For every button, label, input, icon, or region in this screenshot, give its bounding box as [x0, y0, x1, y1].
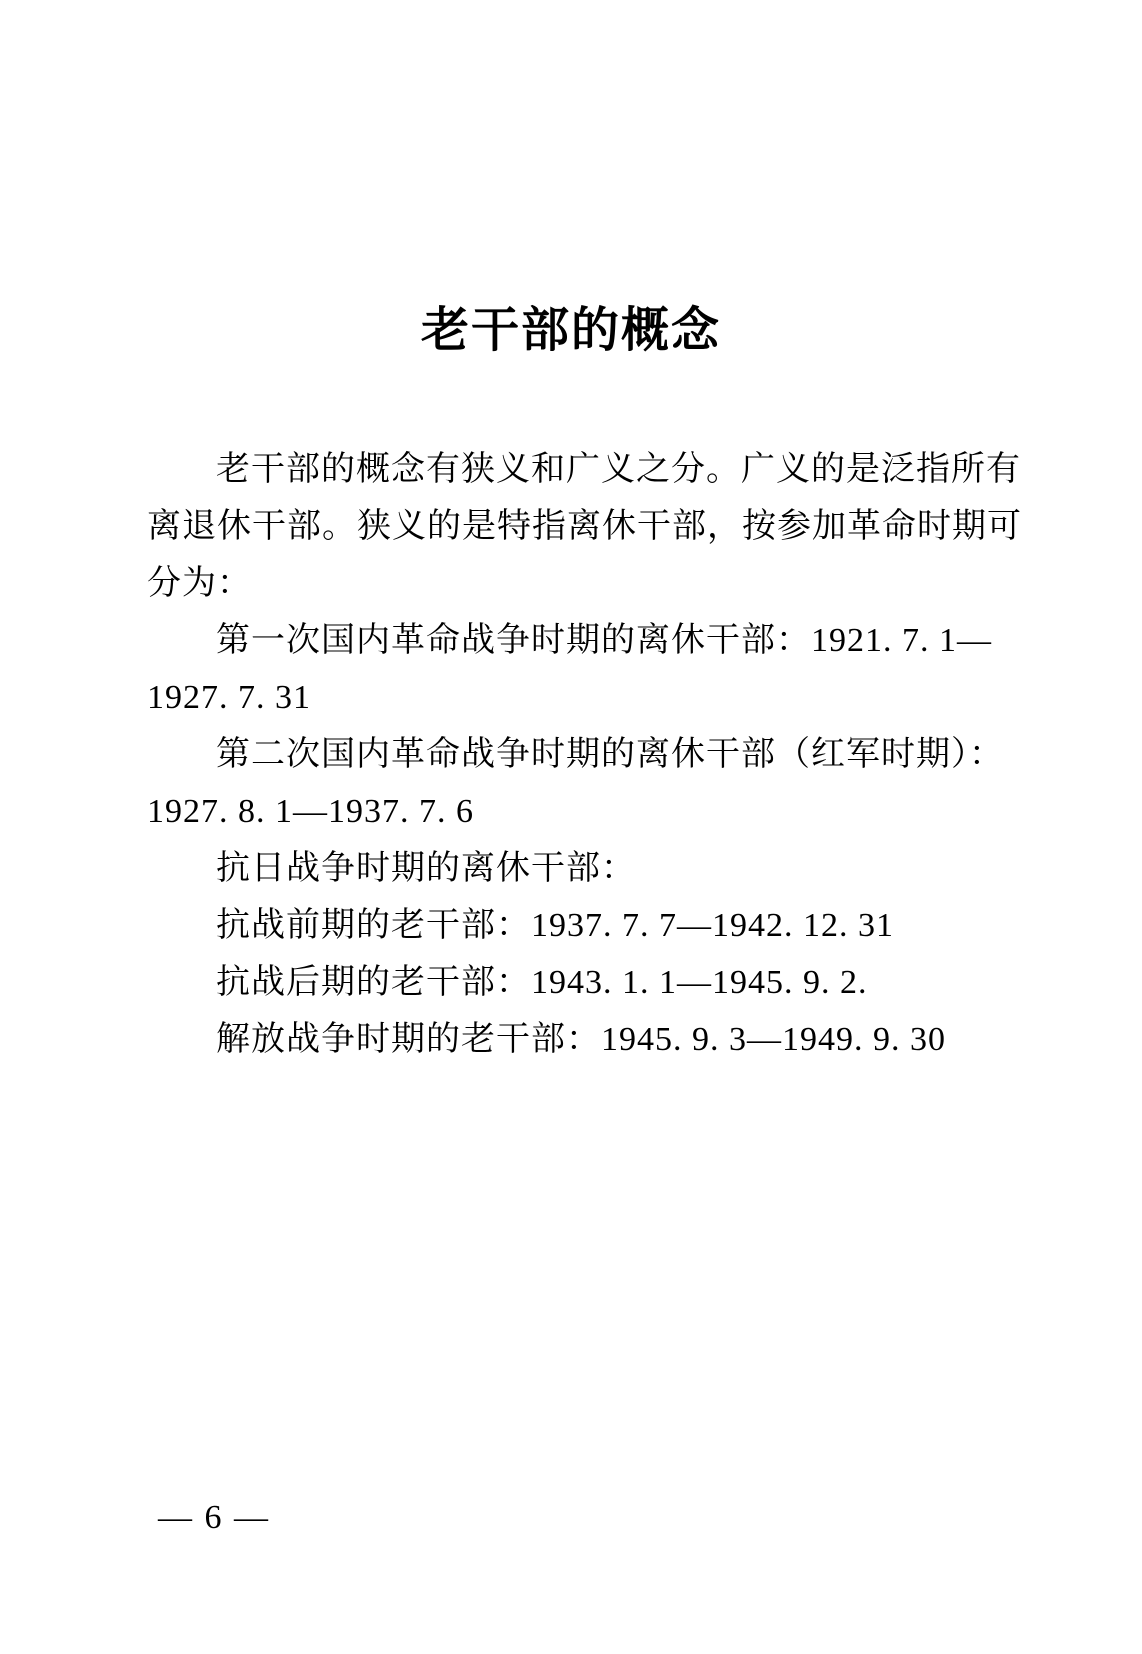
page-title: 老干部的概念 — [0, 300, 1142, 362]
body-line: 第二次国内革命战争时期的离休干部（红军时期）： — [147, 726, 1022, 783]
body-line: 分为： — [147, 555, 1022, 612]
body-line: 抗战后期的老干部：1943. 1. 1—1945. 9. 2. — [147, 954, 1022, 1011]
body-line: 1927. 8. 1—1937. 7. 6 — [147, 783, 1022, 840]
body-line: 解放战争时期的老干部：1945. 9. 3—1949. 9. 30 — [147, 1011, 1022, 1068]
body-line: 第一次国内革命战争时期的离休干部：1921. 7. 1— — [147, 612, 1022, 669]
body-line: 离退休干部。狭义的是特指离休干部，按参加革命时期可 — [147, 498, 1022, 555]
page-number: — 6 — — [158, 1498, 270, 1538]
document-page: 老干部的概念 老干部的概念有狭义和广义之分。广义的是泛指所有离退休干部。狭义的是… — [0, 0, 1142, 1654]
body-line: 抗日战争时期的离休干部： — [147, 840, 1022, 897]
body-line: 1927. 7. 31 — [147, 669, 1022, 726]
body-line: 抗战前期的老干部：1937. 7. 7—1942. 12. 31 — [147, 897, 1022, 954]
body-line: 老干部的概念有狭义和广义之分。广义的是泛指所有 — [147, 441, 1022, 498]
body-text: 老干部的概念有狭义和广义之分。广义的是泛指所有离退休干部。狭义的是特指离休干部，… — [147, 441, 1022, 1068]
